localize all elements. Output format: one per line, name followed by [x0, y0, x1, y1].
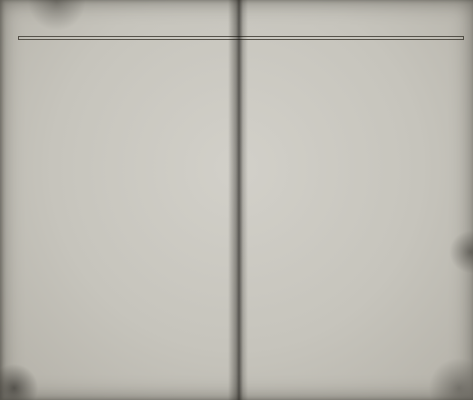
scanned-page	[0, 0, 473, 400]
footnote	[58, 372, 61, 378]
page-vignette	[0, 0, 473, 400]
book-fold-shadow	[228, 0, 248, 400]
